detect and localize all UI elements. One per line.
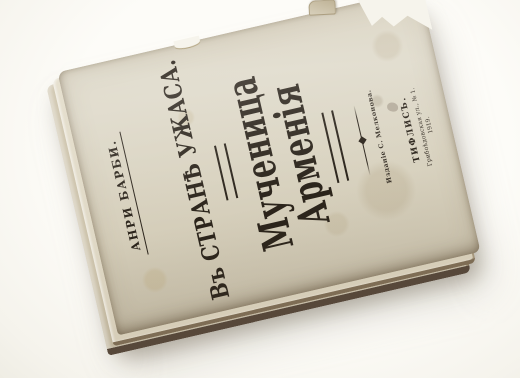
photo-background: АНРИ БАРБИ. Въ СТРАНѢ УЖАСА. Мученица Ар… bbox=[0, 0, 520, 378]
author-name: АНРИ БАРБИ. bbox=[103, 132, 149, 259]
torn-paper-flap bbox=[308, 0, 336, 16]
ink-smudge-stain bbox=[387, 103, 398, 112]
imprint-block: ТИФЛИСЪ. Грибоѣдовская ул., № 1. 1919. bbox=[397, 85, 442, 170]
